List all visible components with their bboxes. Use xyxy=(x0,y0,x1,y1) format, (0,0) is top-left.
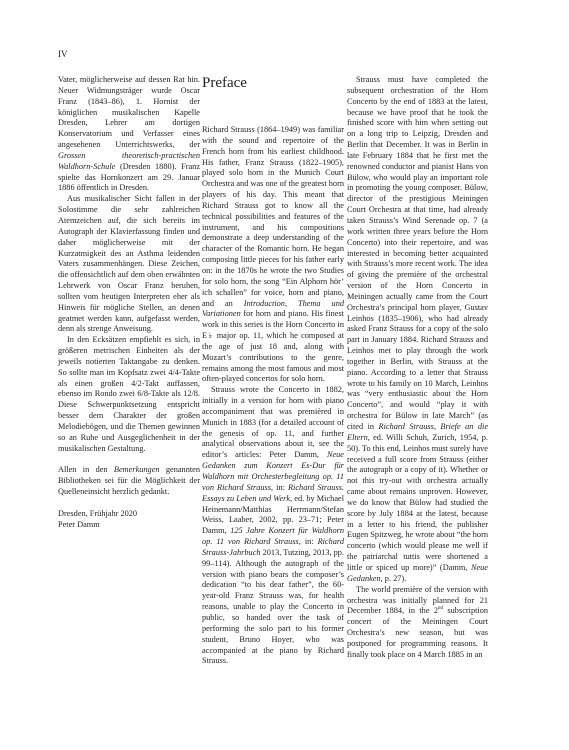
italic-title: Bemerkungen xyxy=(114,465,160,474)
paragraph: Vater, möglicherweise auf dessen Rat hin… xyxy=(58,75,200,194)
text-run: , in: xyxy=(271,483,288,492)
page-number: IV xyxy=(58,49,68,59)
text-run: , ed. Willi Schuh, Zurich, 1954, p. 50).… xyxy=(347,433,488,572)
german-text-column: Vater, möglicherweise auf dessen Rat hin… xyxy=(58,75,200,530)
text-run: Richard Strauss (1864–1949) was familiar… xyxy=(202,125,344,308)
paragraph: Richard Strauss (1864–1949) was familiar… xyxy=(202,125,344,385)
paragraph: Strauss wrote the Concerto in 1882, init… xyxy=(202,385,344,667)
text-run: , p. 27). xyxy=(381,574,407,583)
text-run: , in: xyxy=(299,537,318,546)
paragraph: The world première of the version with o… xyxy=(347,585,488,661)
preface-continued-column: Strauss must have completed the subseque… xyxy=(347,75,488,661)
text-run: for horn and piano. His finest work in t… xyxy=(202,309,344,383)
text-run: 2013, Tutzing, 2013, pp. 99–114). Althou… xyxy=(202,548,344,665)
signature-author: Peter Damm xyxy=(58,520,200,531)
text-run: Allen in den xyxy=(58,465,114,474)
text-run: Strauss must have completed the subseque… xyxy=(347,75,488,431)
preface-column: Preface Richard Strauss (1864–1949) was … xyxy=(202,74,344,667)
text-run: Vater, möglicherweise auf dessen Rat hin… xyxy=(58,75,200,149)
signature-place-date: Dresden, Frühjahr 2020 xyxy=(58,509,200,520)
paragraph: In den Ecksätzen empfiehlt es sich, in g… xyxy=(58,335,200,454)
preface-title: Preface xyxy=(202,74,344,92)
paragraph: Allen in den Bemerkungen genannten Bibli… xyxy=(58,465,200,498)
paragraph: Strauss must have completed the subseque… xyxy=(347,75,488,585)
signature: Dresden, Frühjahr 2020 Peter Damm xyxy=(58,509,200,531)
text-run: Strauss wrote the Concerto in 1882, init… xyxy=(202,385,344,459)
paragraph: Aus musikalischer Sicht fallen in der So… xyxy=(58,194,200,335)
